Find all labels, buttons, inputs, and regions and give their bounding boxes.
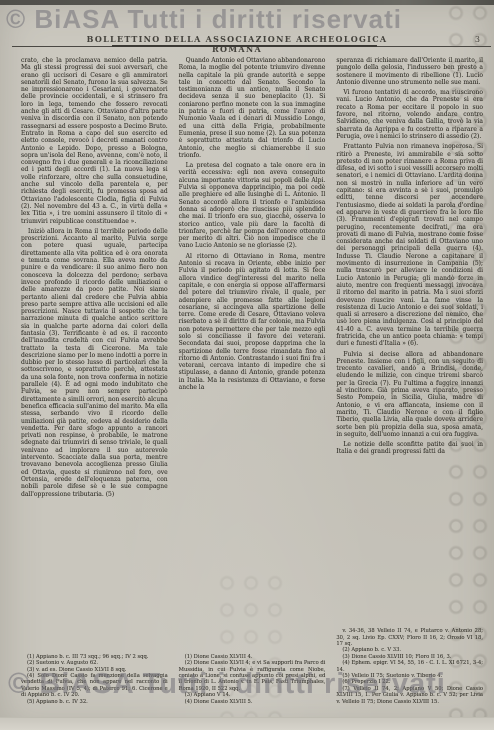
- paragraph: Al ritorno di Ottaviano in Roma, mentre …: [179, 253, 326, 392]
- watermark-bottom: © BiASA Tutti i diritti riservati: [8, 668, 446, 701]
- scanned-page: © BiASA Tutti i diritti riservati BOLLET…: [0, 0, 494, 730]
- paragraph: Iniziò allora in Roma il terribile perio…: [21, 228, 168, 498]
- header-rule: [12, 46, 491, 47]
- page-number: 3: [475, 35, 480, 44]
- paragraph: crato, che la proclamava nemico della pa…: [21, 57, 168, 225]
- paragraph: Vi furono tentativi di accordo, ma riusc…: [336, 89, 483, 140]
- text-columns: crato, che la proclamava nemico della pa…: [21, 57, 483, 705]
- text-column-2: Quando Antonio ed Ottaviano abbandonaron…: [179, 57, 326, 705]
- column-2-body: Quando Antonio ed Ottaviano abbandonaron…: [179, 57, 326, 394]
- text-column-3: speranza di richiamare dall'Oriente il m…: [336, 57, 483, 705]
- column-3-body: speranza di richiamare dall'Oriente il m…: [336, 57, 483, 459]
- paragraph: speranza di richiamare dall'Oriente il m…: [336, 57, 483, 86]
- footnote: v. 34-36, 38 Velleio II 74, e Plutarco v…: [336, 628, 483, 647]
- text-column-1: crato, che la proclamava nemico della pa…: [21, 57, 168, 705]
- column-1-body: crato, che la proclamava nemico della pa…: [21, 57, 168, 501]
- paragraph: Le notizie delle sconfitte patite dai su…: [336, 441, 483, 456]
- journal-title: BOLLETTINO DELLA ASSOCIAZIONE ARCHEOLOGI…: [60, 34, 414, 54]
- watermark-top: © BiASA Tutti i diritti riservati: [6, 4, 402, 35]
- scan-edge-bottom-artifact: [0, 717, 494, 730]
- paragraph: Frattanto Fulvia non rimaneva inoperosa.…: [336, 143, 483, 347]
- paragraph: Quando Antonio ed Ottaviano abbandonaron…: [179, 57, 326, 159]
- paragraph: Fulvia si decise allora ad abbandonare P…: [336, 351, 483, 439]
- paragraph: La pretesa del cognato a tale onore era …: [179, 162, 326, 250]
